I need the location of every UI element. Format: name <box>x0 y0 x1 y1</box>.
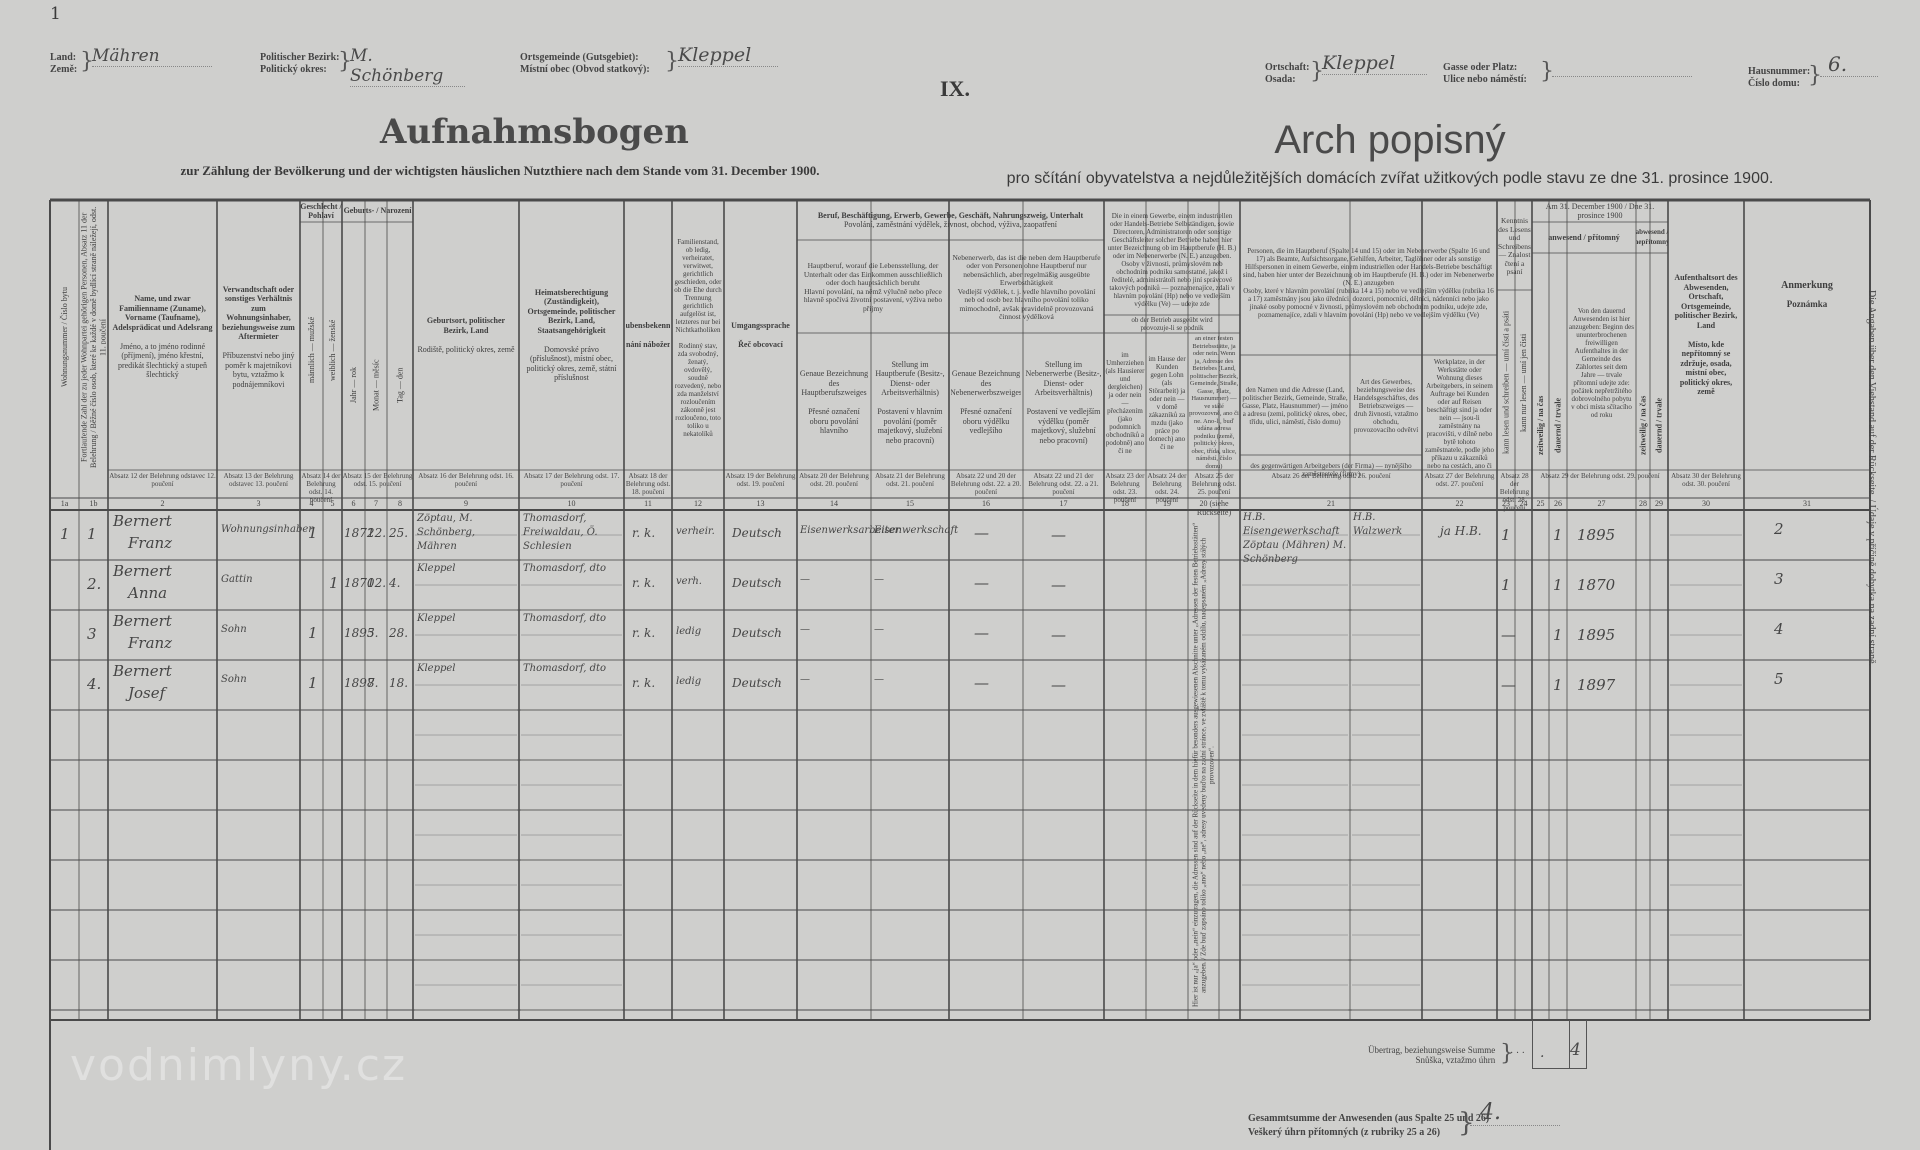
cell-surname[interactable]: Bernert <box>113 512 172 530</box>
column-number: 28 <box>1636 499 1650 508</box>
cell-religion[interactable]: r. k. <box>632 626 655 640</box>
column-number: 2 <box>108 499 217 508</box>
cell-male[interactable]: 1 <box>308 674 318 692</box>
cell-wohnung[interactable]: 1 <box>60 525 70 543</box>
cell-relation[interactable]: Wohnungsinhaber <box>221 524 313 535</box>
header-familienstand: Familienstand, ob ledig, verheiratet, ve… <box>674 206 722 470</box>
cell-language[interactable]: Deutsch <box>732 676 782 690</box>
uebertrag-box-25 <box>1532 1020 1570 1069</box>
uebertrag-value-26: 4 <box>1570 1040 1581 1060</box>
cell-anmerkung[interactable]: 4 <box>1774 620 1784 638</box>
cell-c27[interactable]: 1897 <box>1577 676 1615 694</box>
cell-c15[interactable]: — <box>874 674 884 685</box>
ref-11: Absatz 18 der Belehrung odst. 18. poučen… <box>624 472 672 496</box>
header-arbeiter: Personen, die im Hauptberuf (Spalte 14 u… <box>1242 210 1495 355</box>
cell-c15[interactable]: — <box>874 624 884 635</box>
gasse-field[interactable] <box>1552 62 1692 77</box>
ortschaft-field[interactable]: Kleppel <box>1322 52 1427 75</box>
page-number: 1 <box>50 4 61 24</box>
note-column-20: Hier ist nur „ja“ oder „nein“ einzutrage… <box>1190 520 1217 1010</box>
header-monat: Monat — měsíc <box>365 300 387 470</box>
cell-language[interactable]: Deutsch <box>732 526 782 540</box>
cell-heimat[interactable]: Thomasdorf, dto <box>523 662 623 676</box>
column-number: 29 <box>1650 499 1668 508</box>
header-umgangssprache: UmgangsspracheŘeč obcovací <box>728 200 793 470</box>
header-jahr: Jahr — rok <box>342 300 365 470</box>
cell-birthplace[interactable]: Zöptau, M. Schönberg, Mähren <box>417 512 517 554</box>
header-stichtag: Am 31. December 1900 / Dne 31. prosince … <box>1532 200 1668 222</box>
header-weiblich: weiblich — ženské <box>323 230 342 470</box>
header-name: Name, und zwar Familienname (Zuname), Vo… <box>112 204 213 470</box>
ref-2: Absatz 12 der Belehrung odstavec 12. pou… <box>108 472 217 488</box>
cell-c15[interactable]: Eisenwerkschaft <box>874 524 950 538</box>
header-c21-name: den Namen und die Adresse (Land, politis… <box>1242 357 1348 455</box>
cell-male[interactable]: 1 <box>308 624 318 642</box>
cell-surname[interactable]: Bernert <box>113 662 172 680</box>
cell-c22[interactable]: ja H.B. <box>1440 524 1482 538</box>
column-number: 23 <box>1497 499 1515 508</box>
cell-day[interactable]: 18. <box>389 676 408 690</box>
header-anwesend: anwesend / přítomný <box>1532 222 1636 253</box>
gemeinde-field[interactable]: Kleppel <box>678 44 778 67</box>
header-c24: kann nur lesen — umí jen čísti <box>1515 295 1532 470</box>
cell-c17[interactable]: — <box>1051 526 1066 544</box>
header-betrieb: ob der Betrieb ausgeübt wirdprovozuje-li… <box>1104 315 1240 333</box>
brace: } <box>665 51 679 73</box>
cell-c14[interactable]: — <box>800 574 810 585</box>
cell-relation[interactable]: Gattin <box>221 574 253 585</box>
cell-c16[interactable]: — <box>974 524 989 542</box>
header-abwesend: abwesend / nepřítomný <box>1636 222 1668 253</box>
cell-female[interactable]: 1 <box>329 574 339 592</box>
cell-relation[interactable]: Sohn <box>221 674 247 685</box>
cell-c27[interactable]: 1895 <box>1577 526 1615 544</box>
ref-14: Absatz 20 der Belehrung odst. 20. poučen… <box>797 472 871 488</box>
ref-3: Absatz 13 der Belehrung odstavec 13. pou… <box>217 472 300 488</box>
ref-25-29: Absatz 29 der Belehrung odst. 29. poučen… <box>1532 472 1668 480</box>
cell-nr[interactable]: 3 <box>87 625 97 643</box>
title-german: Aufnahmsbogen <box>380 112 680 152</box>
cell-status[interactable]: verheir. <box>676 526 715 537</box>
column-number: 4 <box>300 499 323 508</box>
cell-c27[interactable]: 1870 <box>1577 576 1615 594</box>
uebertrag-label: Übertrag, beziehungsweise SummeSnůška, v… <box>1368 1045 1495 1065</box>
cell-c23[interactable]: 1 <box>1501 576 1511 594</box>
cell-day[interactable]: 25. <box>389 526 408 540</box>
header-anmerkung: AnmerkungPoznámka <box>1747 200 1867 390</box>
cell-c26[interactable]: 1 <box>1553 626 1563 644</box>
cell-birthplace[interactable]: Kleppel <box>417 662 517 676</box>
column-number: 25 <box>1532 499 1549 508</box>
cell-c23[interactable]: 1 <box>1501 526 1511 544</box>
header-glaubensbekenntnis: GlaubensbekenntnisVyznání náboženské <box>626 200 670 470</box>
hausnummer-label: Hausnummer:Číslo domu: <box>1748 66 1810 90</box>
header-geburts: Geburts- / Narození <box>342 200 413 222</box>
cell-c16[interactable]: — <box>974 674 989 692</box>
header-c26: dauernd / trvale <box>1549 380 1567 470</box>
header-beruf: Beruf, Beschäftigung, Erwerb, Gewerbe, G… <box>797 200 1104 240</box>
column-number: 18 <box>1104 499 1146 508</box>
cell-c17[interactable]: — <box>1051 576 1066 594</box>
column-number: 1a <box>50 499 79 508</box>
column-number: 15 <box>871 499 949 508</box>
gesamt-field[interactable]: 4. <box>1470 1100 1560 1126</box>
column-number: 9 <box>413 499 519 508</box>
subtitle-german: zur Zählung der Bevölkerung und der wich… <box>60 163 940 179</box>
header-fortlaufende-zahl: Fortlaufende Zahl der zu jeder Wohnparte… <box>81 204 106 470</box>
ref-20: Absatz 25 der Belehrung odst. 25. poučen… <box>1188 472 1240 496</box>
column-number: 1b <box>79 499 108 508</box>
gesamt-label: Gesammtsumme der Anwesenden (aus Spalte … <box>1248 1112 1489 1140</box>
column-number: 10 <box>519 499 624 508</box>
header-c15: Stellung im Hauptberufe (Besitz-, Dienst… <box>873 335 947 470</box>
column-number: 21 <box>1240 499 1422 508</box>
header-heimatsberechtigung: Heimatsberechtigung (Zuständigkeit), Ort… <box>523 200 620 470</box>
cell-status[interactable]: ledig <box>676 676 701 687</box>
cell-anmerkung[interactable]: 3 <box>1774 570 1784 588</box>
cell-birthplace[interactable]: Kleppel <box>417 612 517 626</box>
header-c28: zeitweilig / na čas <box>1636 380 1650 470</box>
header-wohnungsnummer: Wohnungsnummer / Číslo bytu <box>52 204 77 470</box>
ortschaft-label: Ortschaft:Osada: <box>1265 62 1309 86</box>
cell-surname[interactable]: Bernert <box>113 562 172 580</box>
header-c21-art: Art des Gewerbes, beziehungsweise des Ha… <box>1352 357 1420 455</box>
ref-21: Absatz 26 der Belehrung odst. 26. poučen… <box>1240 472 1422 480</box>
column-number: 13 <box>724 499 797 508</box>
leader-dots: · · · <box>1510 1048 1525 1059</box>
cell-c16[interactable]: — <box>974 574 989 592</box>
bezirk-field[interactable]: M. Schönberg <box>350 46 465 87</box>
cell-c17[interactable]: — <box>1051 626 1066 644</box>
column-number: 3 <box>217 499 300 508</box>
ref-30: Absatz 30 der Belehrung odst. 30. poučen… <box>1668 472 1744 488</box>
cell-relation[interactable]: Sohn <box>221 624 247 635</box>
cell-month[interactable]: 12. <box>367 526 386 540</box>
column-number: 26 <box>1549 499 1567 508</box>
column-number: 20 (siehe Rückseite) <box>1188 499 1240 517</box>
column-number: 11 <box>624 499 672 508</box>
header-c25: zeitweilig / na čas <box>1532 380 1549 470</box>
column-number: 12 <box>672 499 724 508</box>
cell-heimat[interactable]: Thomasdorf, Freiwaldau, Ö. Schlesien <box>523 512 623 554</box>
cell-heimat[interactable]: Thomasdorf, dto <box>523 562 623 576</box>
cell-anmerkung[interactable]: 2 <box>1774 520 1784 538</box>
header-c14: Genaue Bezeichnung des Hauptberufszweige… <box>799 335 869 470</box>
cell-given[interactable]: Franz <box>128 534 172 552</box>
column-number: 22 <box>1422 499 1497 508</box>
gemeinde-label: Ortsgemeinde (Gutsgebiet):Místní obec (O… <box>520 52 650 76</box>
cell-religion[interactable]: r. k. <box>632 526 655 540</box>
column-number: 5 <box>323 499 342 508</box>
cell-c26[interactable]: 1 <box>1553 676 1563 694</box>
side-note: Die Angaben über den Viehstand auf der R… <box>1865 290 1877 666</box>
column-number: 7 <box>365 499 387 508</box>
cell-surname[interactable]: Bernert <box>113 612 172 630</box>
cell-c26[interactable]: 1 <box>1553 526 1563 544</box>
cell-language[interactable]: Deutsch <box>732 576 782 590</box>
header-c22: ob sie auf dem Werkplatze, in der Werkst… <box>1424 357 1495 470</box>
cell-c23[interactable]: — <box>1501 626 1516 644</box>
header-hauptberuf: Hauptberuf, worauf die Lebensstellung, d… <box>800 242 946 333</box>
cell-language[interactable]: Deutsch <box>732 626 782 640</box>
cell-month[interactable]: 12. <box>367 576 386 590</box>
cell-anmerkung[interactable]: 5 <box>1774 670 1784 688</box>
header-c18: im Umherziehen (als Hausierer und dergle… <box>1105 335 1145 470</box>
cell-c14[interactable]: — <box>800 674 810 685</box>
ref-15: Absatz 21 der Belehrung odst. 21. poučen… <box>871 472 949 488</box>
form-number: IX. <box>940 76 970 102</box>
uebertrag-value-25: . <box>1540 1045 1544 1061</box>
cell-religion[interactable]: r. k. <box>632 576 655 590</box>
header-c27: Von den dauernd Anwesenden ist hier anzu… <box>1569 255 1634 470</box>
header-verwandtschaft: Verwandtschaft oder sonstiges Verhältnis… <box>221 204 296 470</box>
cell-c26[interactable]: 1 <box>1553 576 1563 594</box>
column-number: 6 <box>342 499 365 508</box>
cell-status[interactable]: verh. <box>676 576 702 587</box>
header-gewerbe: Die in einem Gewerbe, einem industrielle… <box>1106 204 1238 315</box>
bezirk-label: Politischer Bezirk:Politický okres: <box>260 52 340 76</box>
cell-given[interactable]: Josef <box>128 684 165 702</box>
cell-c17[interactable]: — <box>1051 676 1066 694</box>
cell-nr[interactable]: 1 <box>87 525 97 543</box>
header-geburtsort: Geburtsort, politischer Bezirk, LandRodi… <box>417 200 515 470</box>
land-label: Land:Země: <box>50 52 77 76</box>
header-maennlich: männlich — mužské <box>300 230 323 470</box>
header-geschlecht: Geschlecht / Pohlaví <box>300 200 342 222</box>
cell-given[interactable]: Anna <box>128 584 167 602</box>
ref-22: Absatz 27 der Belehrung odst. 27. poučen… <box>1422 472 1497 488</box>
ref-16: Absatz 22 und 20 der Belehrung odst. 22.… <box>949 472 1023 496</box>
cell-c21-name[interactable]: H.B. Eisengewerkschaft Zöptau (Mähren) M… <box>1243 511 1349 567</box>
column-number: 19 <box>1146 499 1188 508</box>
column-number: 24 <box>1515 499 1532 508</box>
cell-religion[interactable]: r. k. <box>632 676 655 690</box>
cell-month[interactable]: 8. <box>367 676 378 690</box>
column-number: 14 <box>797 499 871 508</box>
cell-c23[interactable]: — <box>1501 676 1516 694</box>
header-aufenthaltsort: Aufenthaltsort des Abwesenden, Ortschaft… <box>1671 200 1741 470</box>
cell-nr[interactable]: 2. <box>87 575 101 593</box>
column-number: 8 <box>387 499 413 508</box>
cell-male[interactable]: 1 <box>308 524 318 542</box>
cell-nr[interactable]: 4. <box>87 675 101 693</box>
cell-c14[interactable]: — <box>800 624 810 635</box>
subtitle-czech: pro sčítání obyvatelstva a nejdůležitějš… <box>960 170 1820 188</box>
column-number: 27 <box>1567 499 1636 508</box>
column-number: 31 <box>1744 499 1870 508</box>
cell-c27[interactable]: 1895 <box>1577 626 1615 644</box>
cell-status[interactable]: ledig <box>676 626 701 637</box>
cell-birthplace[interactable]: Kleppel <box>417 562 517 576</box>
cell-c15[interactable]: — <box>874 574 884 585</box>
ref-9: Absatz 16 der Belehrung odst. 16. poučen… <box>413 472 519 488</box>
header-c17: Stellung im Nebenerwerbe (Besitz-, Diens… <box>1025 335 1102 470</box>
header-c29: dauernd / trvale <box>1650 380 1668 470</box>
ref-10: Absatz 17 der Belehrung odst. 17. poučen… <box>519 472 624 488</box>
cell-given[interactable]: Franz <box>128 634 172 652</box>
column-number: 30 <box>1668 499 1744 508</box>
cell-month[interactable]: 3. <box>367 626 378 640</box>
land-field[interactable]: Mähren <box>92 46 212 67</box>
header-tag: Tag — den <box>387 300 413 470</box>
column-number: 17 <box>1023 499 1104 508</box>
header-c23: kann lesen und schreiben — umí čísti a p… <box>1497 295 1515 470</box>
column-number: 16 <box>949 499 1023 508</box>
cell-heimat[interactable]: Thomasdorf, dto <box>523 612 623 626</box>
cell-c16[interactable]: — <box>974 624 989 642</box>
header-c16: Genaue Bezeichnung des Nebenerwerbszweig… <box>951 335 1021 470</box>
header-lesen-schreiben: Kenntnis des Lesens und Schreibens — Zna… <box>1497 204 1532 290</box>
cell-day[interactable]: 28. <box>389 626 408 640</box>
watermark: vodnimlyny.cz <box>70 1040 407 1091</box>
ref-13: Absatz 19 der Belehrung odst. 19. poučen… <box>724 472 797 488</box>
gasse-label: Gasse oder Platz:Ulice nebo náměstí: <box>1443 62 1527 86</box>
cell-c21-art[interactable]: H.B. Walzwerk <box>1353 511 1423 539</box>
header-nebenerwerb: Nebenerwerb, das ist die neben dem Haupt… <box>952 242 1101 333</box>
header-c20: an einer festen Betriebsstätte, ja oder … <box>1189 335 1239 470</box>
hausnummer-field[interactable]: 6. <box>1820 52 1878 77</box>
cell-day[interactable]: 4. <box>389 576 400 590</box>
cell-c14[interactable]: Eisenwerksarbeiter <box>800 524 872 538</box>
ref-6-8: Absatz 15 der Belehrung odst. 15. poučen… <box>342 472 413 488</box>
title-czech: Arch popisný <box>1230 118 1550 163</box>
header-c19: im Hause der Kunden gegen Lohn (als Stör… <box>1147 335 1187 470</box>
ref-17: Absatz 22 und 21 der Belehrung odst. 22.… <box>1023 472 1104 496</box>
